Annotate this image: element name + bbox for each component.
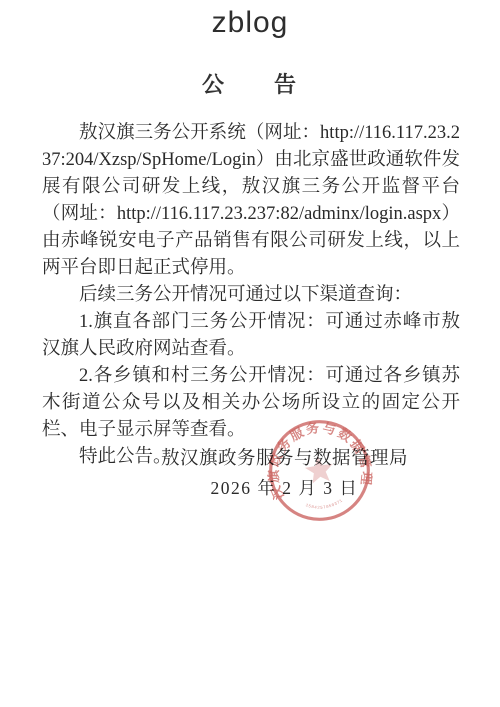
notice-paragraph: 敖汉旗三务公开系统（网址：http://116.117.23.237:204/X… [42,120,460,282]
seal-serial: 1584257050371 [304,499,345,513]
notice-body: 敖汉旗三务公开系统（网址：http://116.117.23.237:204/X… [42,120,460,471]
issuing-authority: 敖汉旗政务服务与数据管理局 [161,449,408,469]
site-title-link[interactable]: zblog [212,5,289,41]
signature-block: 敖汉旗政务服务与数据管理局 2026 年 2 月 3 日 [161,449,408,498]
site-header: zblog [0,0,500,41]
notice-page: zblog 公 告 敖汉旗三务公开系统（网址：http://116.117.23… [0,0,500,707]
notice-title: 公 告 [0,68,500,99]
notice-paragraph: 1.旗直各部门三务公开情况：可通过赤峰市敖汉旗人民政府网站查看。 [42,309,460,363]
notice-paragraph: 后续三务公开情况可通过以下渠道查询： [42,282,460,309]
svg-text:1584257050371: 1584257050371 [304,499,345,513]
issue-date: 2026 年 2 月 3 日 [161,479,408,498]
notice-paragraph: 2.各乡镇和村三务公开情况：可通过各乡镇苏木街道公众号以及相关办公场所设立的固定… [42,363,460,444]
